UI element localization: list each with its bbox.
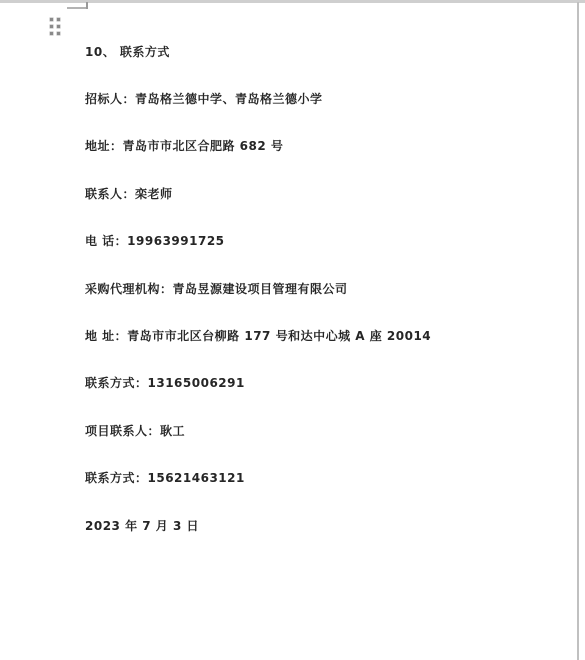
line-agency[interactable]: 采购代理机构：青岛昱源建设项目管理有限公司 <box>85 282 545 298</box>
line-date[interactable]: 2023 年 7 月 3 日 <box>85 519 545 535</box>
section-heading[interactable]: 10、 联系方式 <box>85 45 545 61</box>
drag-handle-dot <box>50 32 53 35</box>
line-project-phone[interactable]: 联系方式：15621463121 <box>85 471 545 487</box>
line-address[interactable]: 地址：青岛市市北区合肥路 682 号 <box>85 139 545 155</box>
drag-handle-dot <box>57 32 60 35</box>
drag-handle-dot <box>57 18 60 21</box>
drag-handle-dot <box>50 25 53 28</box>
line-contact-person[interactable]: 联系人：栾老师 <box>85 187 545 203</box>
margin-corner-mark <box>67 0 88 10</box>
margin-corner-horizontal <box>67 7 87 9</box>
line-agency-address[interactable]: 地 址：青岛市市北区台柳路 177 号和达中心城 A 座 20014 <box>85 329 545 345</box>
page-right-edge-line <box>577 2 579 660</box>
line-tenderer[interactable]: 招标人：青岛格兰德中学、青岛格兰德小学 <box>85 92 545 108</box>
line-project-contact[interactable]: 项目联系人：耿工 <box>85 424 545 440</box>
document-body[interactable]: 10、 联系方式 招标人：青岛格兰德中学、青岛格兰德小学 地址：青岛市市北区合肥… <box>85 13 545 566</box>
margin-corner-vertical <box>86 2 88 9</box>
drag-handle-dot <box>50 18 53 21</box>
drag-handle-dot <box>57 25 60 28</box>
drag-handle-icon[interactable] <box>50 18 60 35</box>
line-phone[interactable]: 电 话：19963991725 <box>85 234 545 250</box>
line-agency-phone[interactable]: 联系方式：13165006291 <box>85 376 545 392</box>
document-page: 10、 联系方式 招标人：青岛格兰德中学、青岛格兰德小学 地址：青岛市市北区合肥… <box>0 0 585 660</box>
